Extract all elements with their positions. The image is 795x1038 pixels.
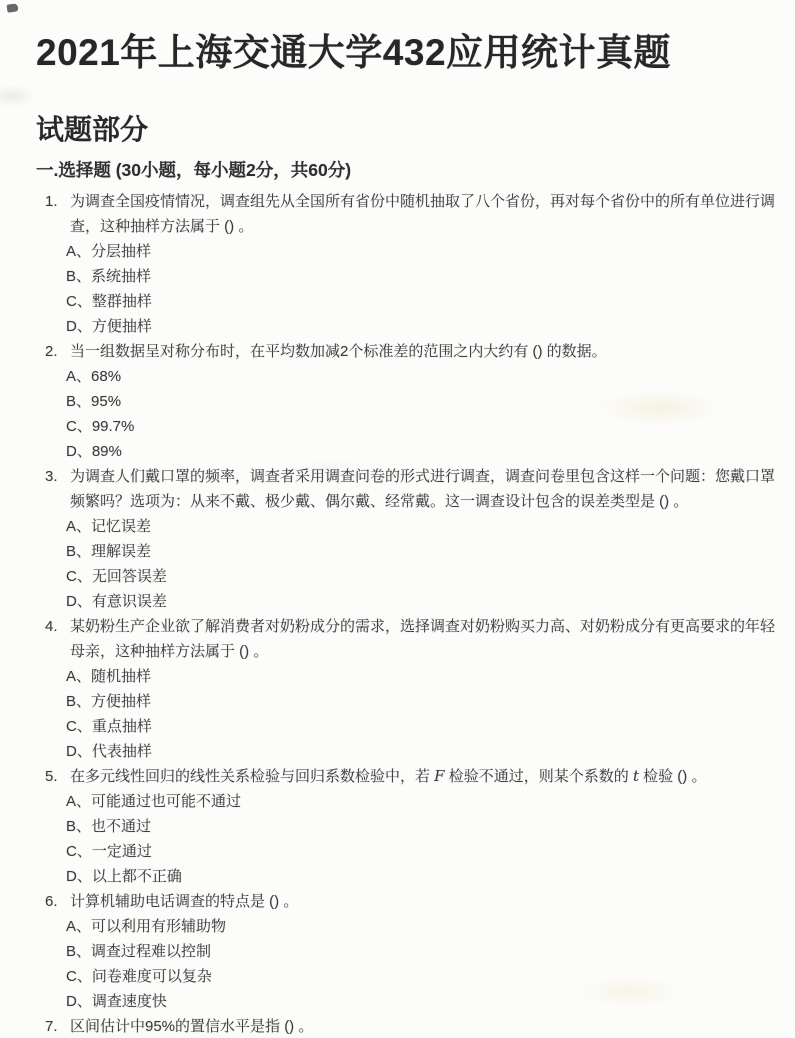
question-6-option-d: D、调查速度快 [66,989,779,1014]
question-4-option-d: D、代表抽样 [66,739,779,764]
question-1-option-a: A、分层抽样 [66,239,779,264]
question-4-option-a: A、随机抽样 [66,664,779,689]
section-heading: 试题部分 [36,115,779,146]
scan-artifact-mark [6,3,18,12]
question-4-option-b: B、方便抽样 [66,689,779,714]
question-2-option-b: B、95% [66,389,779,414]
question-6-option-a: A、可以利用有形辅助物 [66,914,779,939]
question-4-text: 某奶粉生产企业欲了解消费者对奶粉成分的需求，选择调查对奶粉购买力高、对奶粉成分有… [70,618,775,660]
question-4-option-c: C、重点抽样 [66,714,779,739]
question-1-options: A、分层抽样 B、系统抽样 C、整群抽样 D、方便抽样 [66,239,779,339]
question-1-stem: 1.为调查全国疫情情况，调查组先从全国所有省份中随机抽取了八个省份，再对每个省份… [45,189,779,239]
question-5-option-d: D、以上都不正确 [66,864,779,889]
question-7-stem: 7.区间估计中95%的置信水平是指 () 。 [45,1014,779,1038]
question-2-option-a: A、68% [66,364,779,389]
question-3: 3.为调查人们戴口罩的频率，调查者采用调查问卷的形式进行调查，调查问卷里包含这样… [36,464,779,614]
question-1-option-d: D、方便抽样 [66,314,779,339]
question-7-number: 7. [45,1014,70,1038]
question-6-options: A、可以利用有形辅助物 B、调查过程难以控制 C、问卷难度可以复杂 D、调查速度… [66,914,779,1014]
question-4-stem: 4.某奶粉生产企业欲了解消费者对奶粉成分的需求，选择调查对奶粉购买力高、对奶粉成… [45,614,779,664]
question-6-stem: 6.计算机辅助电话调查的特点是 () 。 [45,889,779,914]
question-2: 2.当一组数据呈对称分布时，在平均数加减2个标准差的范围之内大约有 () 的数据… [36,339,779,464]
question-1-text: 为调查全国疫情情况，调查组先从全国所有省份中随机抽取了八个省份，再对每个省份中的… [70,193,775,235]
question-5: 5.在多元线性回归的线性关系检验与回归系数检验中，若 F 检验不通过，则某个系数… [36,764,779,889]
question-4: 4.某奶粉生产企业欲了解消费者对奶粉成分的需求，选择调查对奶粉购买力高、对奶粉成… [36,614,779,764]
question-3-options: A、记忆误差 B、理解误差 C、无回答误差 D、有意识误差 [66,514,779,614]
question-5-option-a: A、可能通过也可能不通过 [66,789,779,814]
question-6-option-c: C、问卷难度可以复杂 [66,964,779,989]
question-6-text: 计算机辅助电话调查的特点是 () 。 [70,893,298,910]
question-3-text: 为调查人们戴口罩的频率，调查者采用调查问卷的形式进行调查，调查问卷里包含这样一个… [70,468,775,510]
question-5-text-mid: 检验不通过，则某个系数的 [445,768,633,785]
math-symbol-F: F [434,767,444,785]
question-3-option-a: A、记忆误差 [66,514,779,539]
question-7: 7.区间估计中95%的置信水平是指 () 。 [36,1014,779,1038]
question-6: 6.计算机辅助电话调查的特点是 () 。 A、可以利用有形辅助物 B、调查过程难… [36,889,779,1014]
question-3-option-d: D、有意识误差 [66,589,779,614]
part-heading: 一.选择题 (30小题，每小题2分，共60分) [36,160,779,180]
question-list: 1.为调查全国疫情情况，调查组先从全国所有省份中随机抽取了八个省份，再对每个省份… [36,189,779,1038]
question-4-options: A、随机抽样 B、方便抽样 C、重点抽样 D、代表抽样 [66,664,779,764]
question-3-option-c: C、无回答误差 [66,564,779,589]
question-6-number: 6. [45,889,70,914]
question-7-text: 区间估计中95%的置信水平是指 () 。 [70,1018,313,1035]
question-5-text-post: 检验 () 。 [639,768,707,785]
question-1: 1.为调查全国疫情情况，调查组先从全国所有省份中随机抽取了八个省份，再对每个省份… [36,189,779,339]
question-5-option-c: C、一定通过 [66,839,779,864]
question-5-stem: 5.在多元线性回归的线性关系检验与回归系数检验中，若 F 检验不通过，则某个系数… [45,764,779,789]
question-2-options: A、68% B、95% C、99.7% D、89% [66,364,779,464]
question-6-option-b: B、调查过程难以控制 [66,939,779,964]
question-2-text: 当一组数据呈对称分布时，在平均数加减2个标准差的范围之内大约有 () 的数据。 [70,343,607,360]
question-2-stem: 2.当一组数据呈对称分布时，在平均数加减2个标准差的范围之内大约有 () 的数据… [45,339,779,364]
question-1-option-b: B、系统抽样 [66,264,779,289]
question-5-text-pre: 在多元线性回归的线性关系检验与回归系数检验中，若 [70,768,434,785]
exam-document-page: 2021年上海交通大学432应用统计真题 试题部分 一.选择题 (30小题，每小… [0,32,795,1038]
question-2-number: 2. [45,339,70,364]
question-4-number: 4. [45,614,70,639]
question-2-option-d: D、89% [66,439,779,464]
question-5-number: 5. [45,764,70,789]
question-5-option-b: B、也不通过 [66,814,779,839]
question-3-number: 3. [45,464,70,489]
question-3-stem: 3.为调查人们戴口罩的频率，调查者采用调查问卷的形式进行调查，调查问卷里包含这样… [45,464,779,514]
question-3-option-b: B、理解误差 [66,539,779,564]
question-1-number: 1. [45,189,70,214]
page-title: 2021年上海交通大学432应用统计真题 [36,32,779,75]
question-2-option-c: C、99.7% [66,414,779,439]
question-1-option-c: C、整群抽样 [66,289,779,314]
question-5-options: A、可能通过也可能不通过 B、也不通过 C、一定通过 D、以上都不正确 [66,789,779,889]
